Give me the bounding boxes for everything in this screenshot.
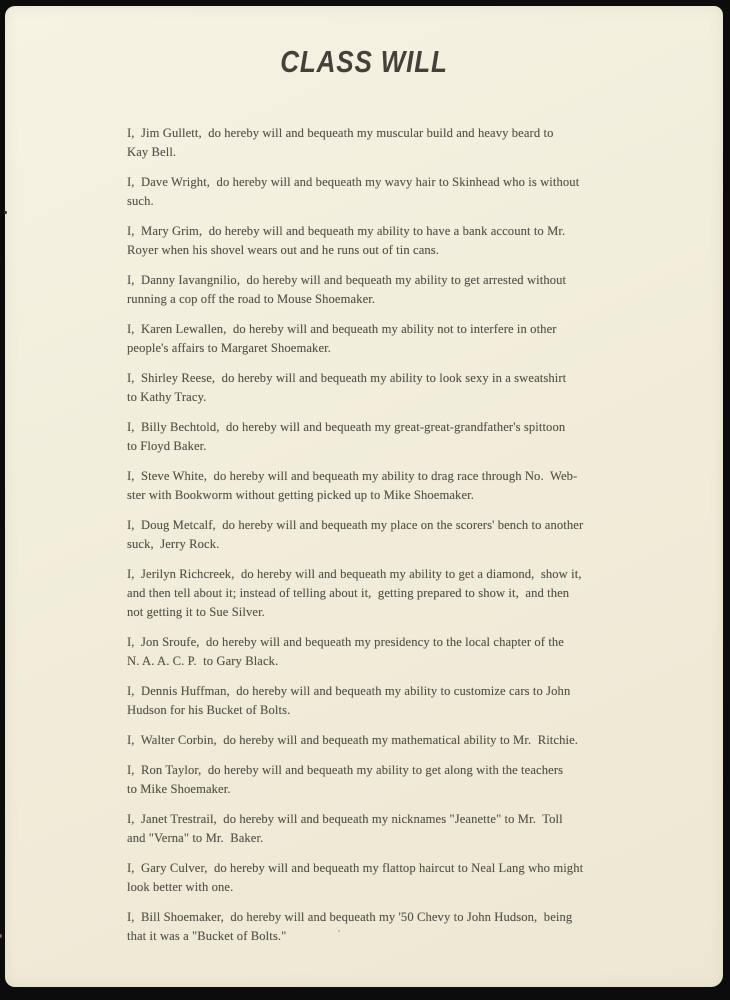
- will-paragraph-line: running a cop off the road to Mouse Shoe…: [127, 290, 647, 309]
- will-paragraph-line: I, Ron Taylor, do hereby will and bequea…: [127, 761, 647, 780]
- will-paragraph: I, Karen Lewallen, do hereby will and be…: [127, 320, 647, 358]
- will-paragraph-line: suck, Jerry Rock.: [127, 535, 647, 554]
- will-paragraph: I, Danny Iavangnilio, do hereby will and…: [127, 271, 647, 309]
- will-paragraph: I, Janet Trestrail, do hereby will and b…: [127, 810, 647, 848]
- will-paragraph-line: I, Mary Grim, do hereby will and bequeat…: [127, 222, 647, 241]
- will-paragraph-line: I, Walter Corbin, do hereby will and beq…: [127, 731, 647, 750]
- will-paragraph: I, Jon Sroufe, do hereby will and bequea…: [127, 633, 647, 671]
- scan-background: { "page": { "title": "CLASS WILL", "colo…: [0, 0, 730, 1000]
- will-paragraph-line: Hudson for his Bucket of Bolts.: [127, 701, 647, 720]
- will-paragraph: I, Gary Culver, do hereby will and beque…: [127, 859, 647, 897]
- will-paragraph-line: I, Janet Trestrail, do hereby will and b…: [127, 810, 647, 829]
- will-paragraph: I, Jim Gullett, do hereby will and beque…: [127, 124, 647, 162]
- will-paragraph-line: I, Jerilyn Richcreek, do hereby will and…: [127, 565, 647, 584]
- page-title: CLASS WILL: [62, 44, 665, 80]
- will-paragraph-line: I, Gary Culver, do hereby will and beque…: [127, 859, 647, 878]
- will-paragraph-line: that it was a "Bucket of Bolts.": [127, 927, 647, 946]
- will-paragraph: I, Walter Corbin, do hereby will and beq…: [127, 731, 647, 750]
- will-paragraph-line: and "Verna" to Mr. Baker.: [127, 829, 647, 848]
- scan-speck: [338, 930, 340, 932]
- document-page: CLASS WILL I, Jim Gullett, do hereby wil…: [5, 6, 723, 987]
- will-paragraph-list: I, Jim Gullett, do hereby will and beque…: [127, 124, 647, 957]
- will-paragraph: I, Doug Metcalf, do hereby will and bequ…: [127, 516, 647, 554]
- will-paragraph-line: such.: [127, 192, 647, 211]
- will-paragraph-line: to Kathy Tracy.: [127, 388, 647, 407]
- will-paragraph-line: people's affairs to Margaret Shoemaker.: [127, 339, 647, 358]
- will-paragraph-line: I, Jon Sroufe, do hereby will and bequea…: [127, 633, 647, 652]
- will-paragraph-line: I, Dennis Huffman, do hereby will and be…: [127, 682, 647, 701]
- will-paragraph: I, Billy Bechtold, do hereby will and be…: [127, 418, 647, 456]
- will-paragraph-line: I, Doug Metcalf, do hereby will and bequ…: [127, 516, 647, 535]
- will-paragraph-line: to Mike Shoemaker.: [127, 780, 647, 799]
- will-paragraph-line: I, Jim Gullett, do hereby will and beque…: [127, 124, 647, 143]
- will-paragraph: I, Dennis Huffman, do hereby will and be…: [127, 682, 647, 720]
- will-paragraph-line: Kay Bell.: [127, 143, 647, 162]
- will-paragraph-line: not getting it to Sue Silver.: [127, 603, 647, 622]
- will-paragraph: I, Bill Shoemaker, do hereby will and be…: [127, 908, 647, 946]
- will-paragraph-line: I, Karen Lewallen, do hereby will and be…: [127, 320, 647, 339]
- will-paragraph: I, Ron Taylor, do hereby will and bequea…: [127, 761, 647, 799]
- will-paragraph-line: I, Billy Bechtold, do hereby will and be…: [127, 418, 647, 437]
- scan-speck: [4, 211, 7, 214]
- will-paragraph-line: ster with Bookworm without getting picke…: [127, 486, 647, 505]
- will-paragraph-line: I, Danny Iavangnilio, do hereby will and…: [127, 271, 647, 290]
- will-paragraph-line: I, Shirley Reese, do hereby will and beq…: [127, 369, 647, 388]
- will-paragraph: I, Jerilyn Richcreek, do hereby will and…: [127, 565, 647, 622]
- will-paragraph-line: Royer when his shovel wears out and he r…: [127, 241, 647, 260]
- will-paragraph-line: look better with one.: [127, 878, 647, 897]
- will-paragraph: I, Mary Grim, do hereby will and bequeat…: [127, 222, 647, 260]
- will-paragraph-line: I, Dave Wright, do hereby will and beque…: [127, 173, 647, 192]
- scan-speck: [0, 934, 2, 938]
- will-paragraph: I, Dave Wright, do hereby will and beque…: [127, 173, 647, 211]
- will-paragraph-line: I, Bill Shoemaker, do hereby will and be…: [127, 908, 647, 927]
- will-paragraph: I, Shirley Reese, do hereby will and beq…: [127, 369, 647, 407]
- will-paragraph-line: to Floyd Baker.: [127, 437, 647, 456]
- will-paragraph-line: N. A. A. C. P. to Gary Black.: [127, 652, 647, 671]
- will-paragraph-line: I, Steve White, do hereby will and beque…: [127, 467, 647, 486]
- will-paragraph: I, Steve White, do hereby will and beque…: [127, 467, 647, 505]
- will-paragraph-line: and then tell about it; instead of telli…: [127, 584, 647, 603]
